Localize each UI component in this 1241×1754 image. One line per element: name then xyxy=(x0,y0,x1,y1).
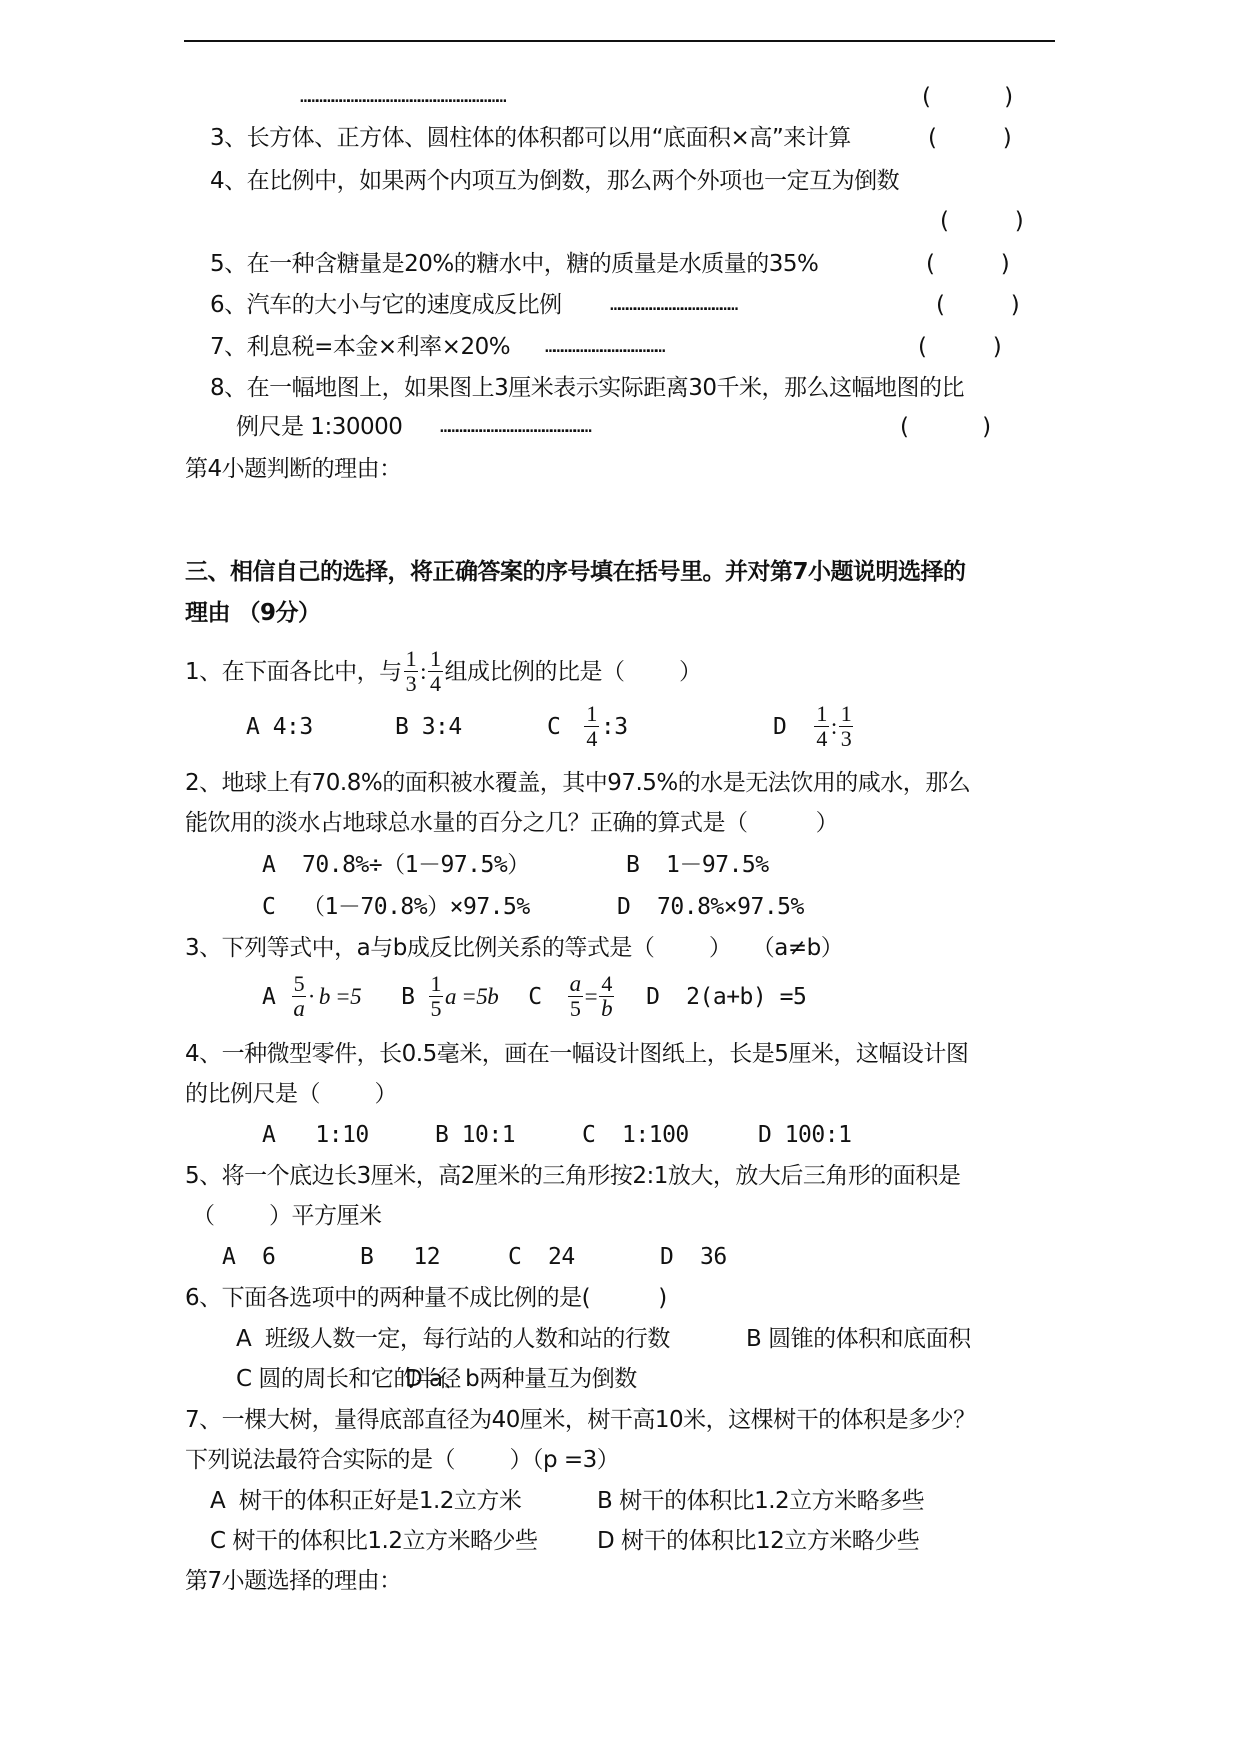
section3-heading-line1: 三、相信自己的选择，将正确答案的序号填在括号里。并对第7小题说明选择的 xyxy=(185,557,966,587)
fraction: 4b xyxy=(599,972,614,1021)
denominator: 4 xyxy=(814,727,829,751)
q6-text: 6、汽车的大小与它的速度成反比例 xyxy=(210,290,562,320)
mc-q3-options: A 5a · b =5 B 15 a =5b C a5 = 4b D 2(a+b… xyxy=(262,972,806,1021)
numerator: 1 xyxy=(428,647,443,672)
numerator: 5 xyxy=(292,972,307,997)
mc-q6-text: 6、下面各选项中的两种量不成比例的是( ) xyxy=(185,1283,667,1313)
option-tail: :3 xyxy=(601,712,628,742)
numerator: 1 xyxy=(839,702,854,727)
mc-q5-option-d[interactable]: D 36 xyxy=(660,1242,727,1272)
mc-q6-option-a[interactable]: A 班级人数一定，每行站的人数和站的行数 xyxy=(236,1324,670,1354)
mc-q1-prefix: 1、在下面各比中，与 xyxy=(185,657,402,687)
q8-dots: ………………………………………………… xyxy=(440,412,589,442)
denominator: 4 xyxy=(584,727,599,751)
mc-q3-text: 3、下列等式中，a与b成反比例关系的等式是（ ） （a≠b） xyxy=(185,933,843,963)
mc-q5-option-c[interactable]: C 24 xyxy=(508,1242,575,1272)
q3-text: 3、长方体、正方体、圆柱体的体积都可以用“底面积×高”来计算 xyxy=(210,123,851,153)
option-label: D xyxy=(773,712,786,742)
q6-answer-bracket[interactable]: ( ) xyxy=(936,290,1020,320)
mc-q4-option-d[interactable]: D 100:1 xyxy=(758,1120,851,1150)
numerator: 1 xyxy=(429,972,444,997)
colon: : xyxy=(420,657,426,687)
mc-q2-line1: 2、地球上有70.8%的面积被水覆盖，其中97.5%的水是无法饮用的咸水，那么 xyxy=(185,768,970,798)
mc-q7-line2: 下列说法最符合实际的是（ ）（p =3） xyxy=(185,1445,619,1475)
fraction: 13 xyxy=(404,647,419,696)
option-b-label[interactable]: B xyxy=(401,982,414,1012)
numerator: 1 xyxy=(814,702,829,727)
denominator: a xyxy=(291,997,306,1021)
q2-tail-dots: …………………………………………………………………… xyxy=(300,82,504,112)
q7-dots: ……………………………………… xyxy=(545,332,663,362)
numerator: 1 xyxy=(404,647,419,672)
q4-answer-bracket[interactable]: ( ) xyxy=(940,206,1024,236)
mc-q4-option-a[interactable]: A 1:10 xyxy=(262,1120,369,1150)
mc-q2-option-a[interactable]: A 70.8%÷（1－97.5%） xyxy=(262,850,530,880)
option-a-label[interactable]: A xyxy=(262,982,275,1012)
mc-q5-option-a[interactable]: A 6 xyxy=(222,1242,275,1272)
header-rule xyxy=(184,40,1055,42)
q3-answer-bracket[interactable]: ( ) xyxy=(928,123,1012,153)
mc-q2-line2: 能饮用的淡水占地球总水量的百分之几？正确的算式是（ ） xyxy=(185,808,838,838)
section3-heading-line2: 理由 （9分） xyxy=(185,598,321,628)
q6-dots: ………………………………………… xyxy=(610,290,735,320)
q5-text: 5、在一种含糖量是20%的糖水中，糖的质量是水质量的35% xyxy=(210,249,818,279)
mc-q4-option-b[interactable]: B 10:1 xyxy=(435,1120,515,1150)
denominator: 3 xyxy=(839,727,854,751)
fraction: 13 xyxy=(839,702,854,751)
numerator: a xyxy=(568,972,583,997)
mc-q1-option-a[interactable]: A 4:3 xyxy=(246,712,313,742)
mc-q2-option-c[interactable]: C （1－70.8%）×97.5% xyxy=(262,892,530,922)
mc-q6-option-b[interactable]: B 圆锥的体积和底面积 xyxy=(746,1324,971,1354)
colon: : xyxy=(831,712,837,742)
option-b-tail: a =5b xyxy=(445,982,498,1012)
q7-text: 7、利息税=本金×利率×20% xyxy=(210,332,510,362)
denominator: 4 xyxy=(428,672,443,696)
mc-q7-option-d[interactable]: D 树干的体积比12立方米略少些 xyxy=(597,1526,919,1556)
mc-q5-option-b[interactable]: B 12 xyxy=(360,1242,440,1272)
mc-q7-line1: 7、一棵大树，量得底部直径为40厘米，树干高10米，这棵树干的体积是多少？ xyxy=(185,1405,976,1435)
mc-q1-option-c[interactable]: C 14 :3 xyxy=(547,702,628,751)
q5-answer-bracket[interactable]: ( ) xyxy=(926,249,1010,279)
mc-q1-suffix[interactable]: 组成比例的比是（ ） xyxy=(445,657,702,687)
mc-q5-line1: 5、将一个底边长3厘米，高2厘米的三角形按2:1放大，放大后三角形的面积是 xyxy=(185,1161,960,1191)
fraction: 14 xyxy=(584,702,599,751)
numerator: 1 xyxy=(584,702,599,727)
numerator: 4 xyxy=(599,972,614,997)
mc-q1-option-b[interactable]: B 3:4 xyxy=(395,712,462,742)
mc-q5-line2: （ ）平方厘米 xyxy=(192,1201,382,1231)
option-d[interactable]: D 2(a+b) =5 xyxy=(646,982,806,1012)
mc-q1-option-d[interactable]: D 14 : 13 xyxy=(773,702,855,751)
option-label: C xyxy=(547,712,560,742)
option-a-tail: · b =5 xyxy=(308,982,361,1012)
mc-q7-option-c[interactable]: C 树干的体积比1.2立方米略少些 xyxy=(210,1526,537,1556)
fraction: 15 xyxy=(429,972,444,1021)
mc-q7-option-b[interactable]: B 树干的体积比1.2立方米略多些 xyxy=(597,1486,924,1516)
mc-q4-option-c[interactable]: C 1:100 xyxy=(582,1120,689,1150)
denominator: 3 xyxy=(404,672,419,696)
q8-text-line1: 8、在一幅地图上，如果图上3厘米表示实际距离30千米，那么这幅地图的比 xyxy=(210,373,964,403)
q2-answer-bracket[interactable]: ( ) xyxy=(922,82,1013,112)
mc-q7-option-a[interactable]: A 树干的体积正好是1.2立方米 xyxy=(210,1486,521,1516)
fraction: a5 xyxy=(568,972,583,1021)
fraction: 14 xyxy=(428,647,443,696)
mc-q2-option-b[interactable]: B 1－97.5% xyxy=(626,850,769,880)
q8-text-line2: 例尺是 1:30000 xyxy=(236,412,402,442)
mc-q2-option-d[interactable]: D 70.8%×97.5% xyxy=(617,892,804,922)
denominator: 5 xyxy=(429,997,444,1021)
q7-answer-bracket[interactable]: ( ) xyxy=(918,332,1002,362)
mc-q4-line1: 4、一种微型零件，长0.5毫米，画在一幅设计图纸上，长是5厘米，这幅设计图 xyxy=(185,1039,968,1069)
q4-reason-label: 第4小题判断的理由： xyxy=(185,454,402,484)
q4-text: 4、在比例中，如果两个内项互为倒数，那么两个外项也一定互为倒数 xyxy=(210,166,899,196)
q8-answer-bracket[interactable]: ( ) xyxy=(900,412,991,442)
mc-q4-line2: 的比例尺是（ ） xyxy=(185,1079,397,1109)
fraction: 14 xyxy=(814,702,829,751)
denominator: 5 xyxy=(568,997,583,1021)
denominator: b xyxy=(599,997,614,1021)
fraction: 5a xyxy=(291,972,306,1021)
equals: = xyxy=(585,982,597,1012)
mc-q1: 1、在下面各比中，与 13 : 14 组成比例的比是（ ） xyxy=(185,647,702,696)
option-c-label[interactable]: C xyxy=(528,982,541,1012)
q7-reason-label: 第7小题选择的理由： xyxy=(185,1566,402,1596)
mc-q6-option-d[interactable]: D a、b两种量互为倒数 xyxy=(405,1364,637,1394)
